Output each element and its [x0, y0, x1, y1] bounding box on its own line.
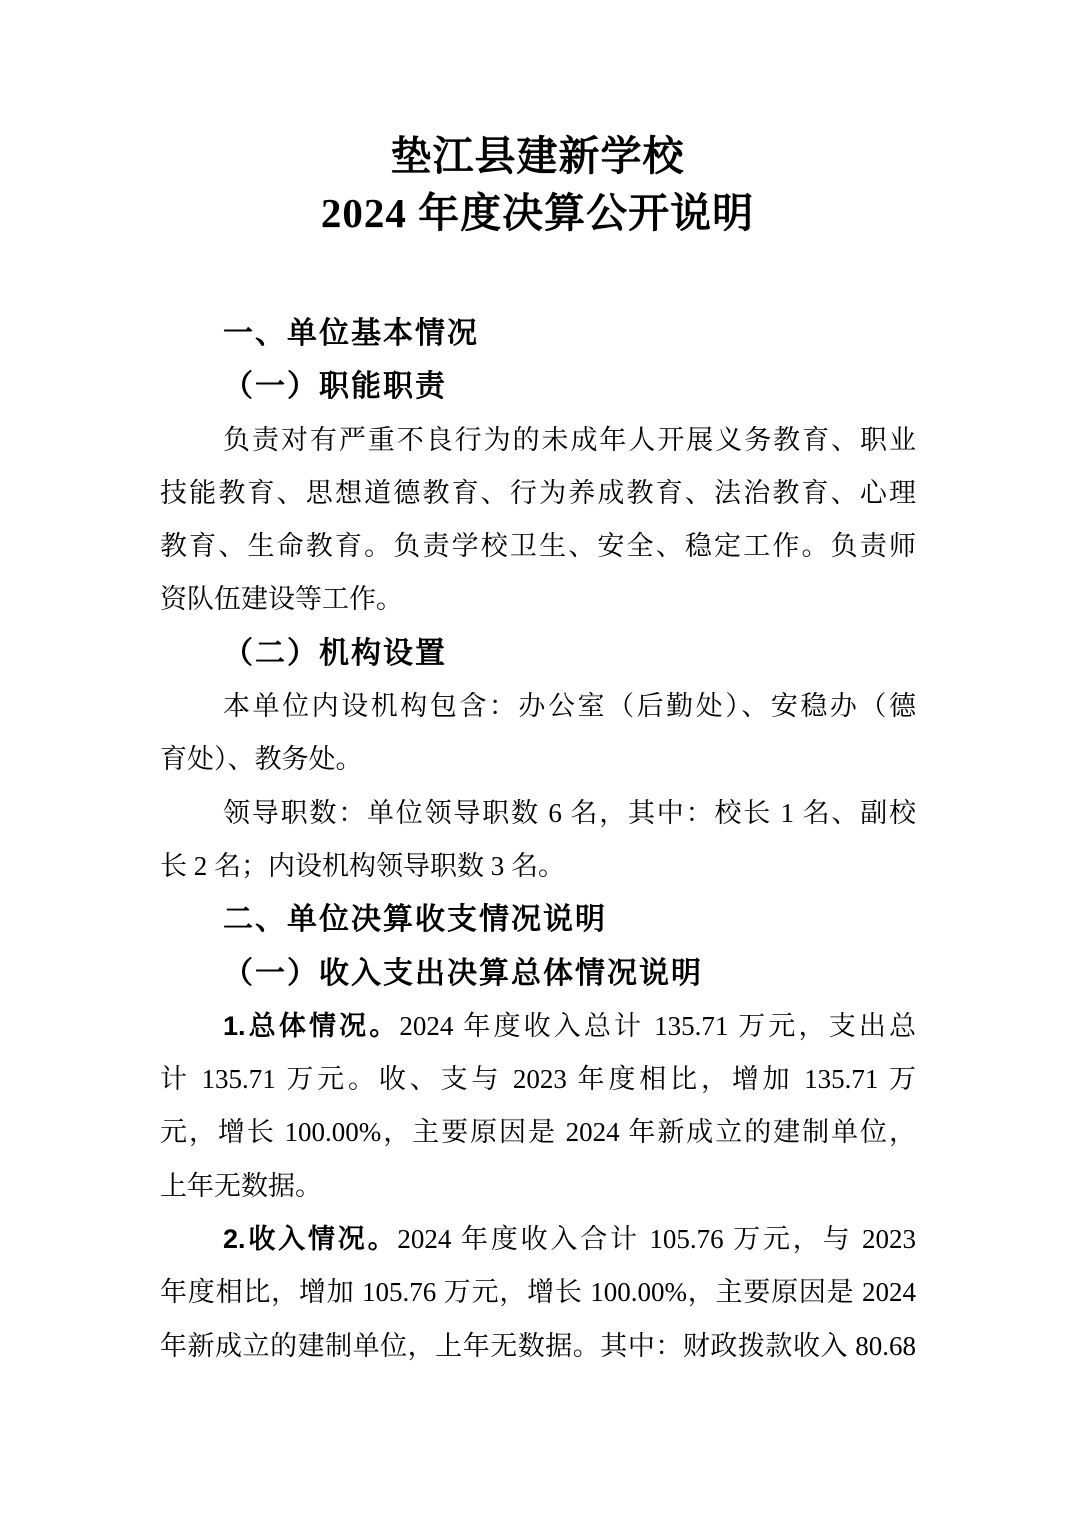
paragraph-duties-line-1: 负责对有严重不良行为的未成年人开展义务教育、职业 [160, 414, 916, 467]
paragraph-overall-lead: 1.总体情况。 [223, 1011, 399, 1041]
heading-unit-basic-info: 一、单位基本情况 [160, 307, 916, 360]
paragraph-income-lead: 2.收入情况。 [223, 1224, 397, 1254]
paragraph-duties-line-3: 教育、生命教育。负责学校卫生、安全、稳定工作。负责师 [160, 520, 916, 573]
subheading-duties: （一）职能职责 [160, 360, 916, 413]
paragraph-overall-line-3: 元，增长 100.00%，主要原因是 2024 年新成立的建制单位， [160, 1106, 916, 1159]
heading-final-accounts: 二、单位决算收支情况说明 [160, 893, 916, 946]
paragraph-overall-line-4: 上年无数据。 [160, 1160, 916, 1213]
paragraph-income-line-3: 年新成立的建制单位，上年无数据。其中：财政拨款收入 80.68 [160, 1320, 916, 1373]
subheading-overall-income-expense: （一）收入支出决算总体情况说明 [160, 947, 916, 1000]
paragraph-leadership-line-2: 长 2 名；内设机构领导职数 3 名。 [160, 840, 916, 893]
paragraph-org-line-1: 本单位内设机构包含：办公室（后勤处）、安稳办（德 [160, 680, 916, 733]
paragraph-leadership-line-1: 领导职数：单位领导职数 6 名，其中：校长 1 名、副校 [160, 787, 916, 840]
paragraph-overall-line-1-text: 2024 年度收入总计 135.71 万元，支出总 [399, 1011, 916, 1041]
document-title: 垫江县建新学校 2024 年度决算公开说明 [0, 128, 1075, 242]
title-line-school-name: 垫江县建新学校 [0, 128, 1075, 185]
paragraph-income-line-1: 2.收入情况。2024 年度收入合计 105.76 万元，与 2023 [160, 1213, 916, 1266]
paragraph-duties-line-2: 技能教育、思想道德教育、行为养成教育、法治教育、心理 [160, 467, 916, 520]
paragraph-income-line-1-text: 2024 年度收入合计 105.76 万元，与 2023 [397, 1224, 916, 1254]
paragraph-overall-line-1: 1.总体情况。2024 年度收入总计 135.71 万元，支出总 [160, 1000, 916, 1053]
title-line-report-name: 2024 年度决算公开说明 [0, 185, 1075, 242]
subheading-org-structure: （二）机构设置 [160, 627, 916, 680]
document-body: 一、单位基本情况 （一）职能职责 负责对有严重不良行为的未成年人开展义务教育、职… [160, 307, 916, 1373]
paragraph-org-line-2: 育处）、教务处。 [160, 733, 916, 786]
paragraph-income-line-2: 年度相比，增加 105.76 万元，增长 100.00%，主要原因是 2024 [160, 1266, 916, 1319]
paragraph-overall-line-2: 计 135.71 万元。收、支与 2023 年度相比，增加 135.71 万 [160, 1053, 916, 1106]
document-page: 垫江县建新学校 2024 年度决算公开说明 一、单位基本情况 （一）职能职责 负… [0, 0, 1075, 1520]
paragraph-duties-line-4: 资队伍建设等工作。 [160, 573, 916, 626]
